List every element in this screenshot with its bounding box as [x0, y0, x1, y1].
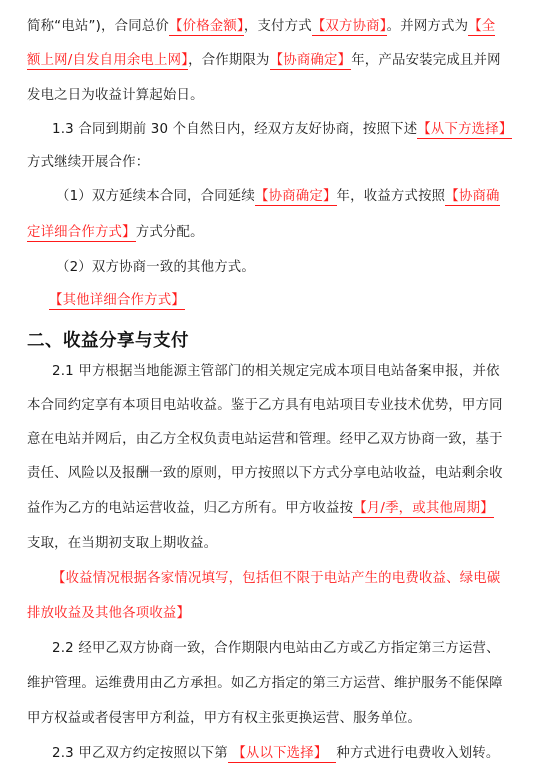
note-line: 排放收益及其他各项收益】 — [27, 605, 190, 623]
paragraph-line: 维护管理。运维费用由乙方承担。如乙方指定的第三方运营、维护服务不能保障 — [27, 675, 503, 693]
text: 方式分配。 — [136, 225, 204, 240]
field-other-cooperation[interactable]: 【其他详细合作方式】 — [49, 293, 185, 310]
field-extension-years[interactable]: 【协商确定】 — [255, 189, 337, 206]
text: 1.3 合同到期前 30 个自然日内，经双方友好协商，按照下述 — [52, 122, 417, 137]
field-payment-method[interactable]: 【双方协商】 — [312, 19, 387, 36]
field-payment-period[interactable]: 【月/季，或其他周期】 — [353, 501, 494, 518]
paragraph-line: （1）双方延续本合同，合同延续【协商确定】年，收益方式按照【协商确 — [56, 188, 500, 206]
paragraph-line: （2）双方协商一致的其他方式。 — [56, 259, 255, 277]
field-cooperation-mode[interactable]: 定详细合作方式】 — [27, 225, 136, 242]
field-grid-mode[interactable]: 额上网/自发自用余电上网】 — [27, 53, 188, 70]
text: 年，收益方式按照 — [337, 189, 446, 204]
field-cooperation-mode-start[interactable]: 【协商确 — [445, 189, 499, 206]
paragraph-line: 2.3 甲乙双方约定按照以下第 【从以下选择】 种方式进行电费收入划转。 — [52, 745, 499, 763]
text: ，合作期限为 — [188, 53, 270, 68]
paragraph-line: 本合同约定享有本项目电站收益。鉴于乙方具有电站项目专业技术优势，甲方同 — [27, 397, 503, 415]
field-term-years[interactable]: 【协商确定】 — [270, 53, 352, 70]
text: 年，产品安装完成且并网 — [351, 53, 501, 68]
paragraph-line: 责任、风险以及报酬一致的原则，甲方按照以下方式分享电站收益，电站剩余收 — [27, 465, 503, 483]
paragraph-line: 发电之日为收益计算起始日。 — [27, 87, 204, 105]
field-renewal-choice[interactable]: 【从下方选择】 — [417, 122, 512, 139]
paragraph-line: 2.1 甲方根据当地能源主管部门的相关规定完成本项目电站备案申报，并依 — [52, 363, 500, 381]
field-grid-mode-start[interactable]: 【全 — [468, 19, 495, 36]
paragraph-line: 方式继续开展合作： — [27, 154, 149, 172]
paragraph-line: 支取，在当期初支取上期收益。 — [27, 535, 217, 553]
text: ，支付方式 — [244, 19, 312, 34]
text: 。并网方式为 — [387, 19, 469, 34]
paragraph-line: 甲方权益或者侵害甲方利益，甲方有权主张更换运营、服务单位。 — [27, 710, 421, 728]
text: 2.3 甲乙双方约定按照以下第 — [52, 746, 228, 761]
paragraph-line: 益作为乙方的电站运营收益，归乙方所有。甲方收益按【月/季，或其他周期】 — [27, 500, 494, 518]
paragraph-line: 简称“电站”)，合同总价【价格金额】，支付方式【双方协商】。并网方式为【全 — [27, 18, 495, 36]
paragraph-line: 2.2 经甲乙双方协商一致，合作期限内电站由乙方或乙方指定第三方运营、 — [52, 640, 500, 658]
paragraph-line: 1.3 合同到期前 30 个自然日内，经双方友好协商，按照下述【从下方选择】 — [52, 121, 512, 139]
text: 益作为乙方的电站运营收益，归乙方所有。甲方收益按 — [27, 501, 353, 516]
paragraph-line: 额上网/自发自用余电上网】，合作期限为【协商确定】年，产品安装完成且并网 — [27, 52, 501, 70]
paragraph-line: 意在电站并网后，由乙方全权负责电站运营和管理。经甲乙双方协商一致，基于 — [27, 431, 503, 449]
field-transfer-method[interactable]: 【从以下选择】 — [228, 746, 337, 763]
paragraph-line: 【其他详细合作方式】 — [49, 292, 185, 310]
paragraph-line: 定详细合作方式】方式分配。 — [27, 224, 204, 242]
field-price-amount[interactable]: 【价格金额】 — [169, 19, 244, 36]
note-line: 【收益情况根据各家情况填写，包括但不限于电站产生的电费收益、绿电碳 — [52, 570, 501, 588]
text: 简称“电站”)，合同总价 — [27, 19, 169, 34]
text: 种方式进行电费收入划转。 — [336, 746, 499, 761]
text: （1）双方延续本合同，合同延续 — [56, 189, 255, 204]
section-heading: 二、收益分享与支付 — [27, 327, 189, 352]
